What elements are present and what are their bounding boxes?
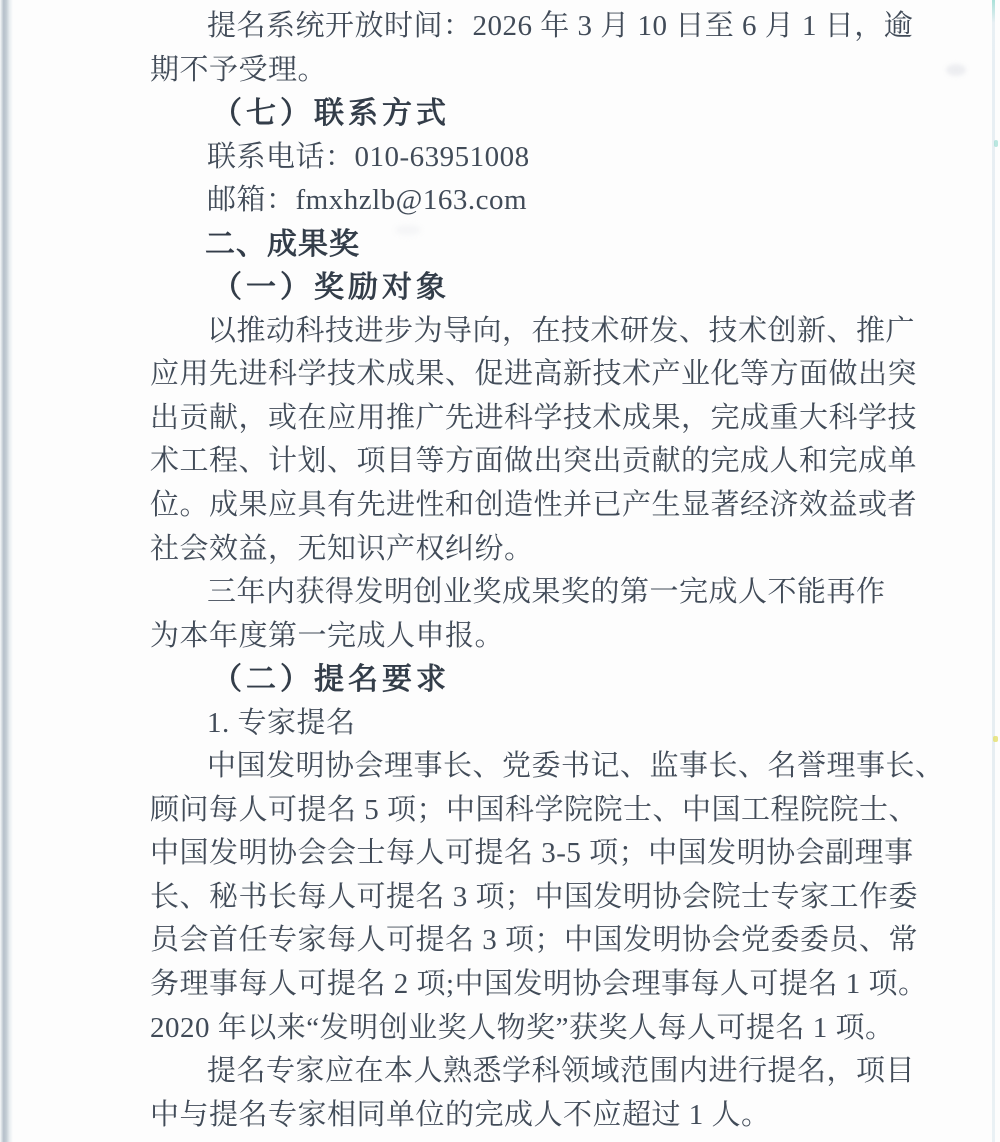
text-line: 联系电话：010-63951008 — [150, 136, 858, 180]
text-line: 中国发明协会理事长、党委书记、监事长、名誉理事长、 — [150, 745, 858, 789]
text-line: 社会效益，无知识产权纠纷。 — [150, 528, 858, 572]
section-heading: （七）联系方式 — [150, 92, 858, 136]
text-line: 以推动科技进步为导向，在技术研发、技术创新、推广 — [150, 310, 858, 354]
text-line: 务理事每人可提名 2 项;中国发明协会理事每人可提名 1 项。 — [150, 963, 858, 1007]
text-line: 中国发明协会会士每人可提名 3-5 项；中国发明协会副理事 — [150, 832, 858, 876]
text-line: 2020 年以来“发明创业奖人物奖”获奖人每人可提名 1 项。 — [150, 1007, 858, 1051]
scan-edge-left-shadow — [0, 0, 13, 1142]
scan-artifact-teal-speck — [994, 140, 998, 147]
text-line: 邮箱：fmxhzlb@163.com — [150, 179, 858, 223]
section-heading: （二）提名要求 — [150, 658, 858, 702]
section-heading: 二、成果奖 — [150, 223, 858, 267]
text-line: 顾问每人可提名 5 项；中国科学院院士、中国工程院院士、 — [150, 789, 858, 833]
text-line: 三年内获得发明创业奖成果奖的第一完成人不能再作 — [150, 571, 858, 615]
text-line: 长、秘书长每人可提名 3 项；中国发明协会院士专家工作委 — [150, 876, 858, 920]
text-line: 为本年度第一完成人申报。 — [150, 615, 858, 659]
section-heading: （一）奖励对象 — [150, 266, 858, 310]
text-line: 1. 专家提名 — [150, 702, 858, 746]
scan-artifact-yellow-speck — [993, 736, 998, 742]
document-text-block: 提名系统开放时间：2026 年 3 月 10 日至 6 月 1 日，逾期不予受理… — [150, 5, 858, 1137]
text-line: 提名专家应在本人熟悉学科领域范围内进行提名，项目 — [150, 1050, 858, 1094]
text-line: 期不予受理。 — [150, 49, 858, 93]
text-line: 员会首任专家每人可提名 3 项；中国发明协会党委委员、常 — [150, 919, 858, 963]
text-line: 提名系统开放时间：2026 年 3 月 10 日至 6 月 1 日，逾 — [150, 5, 858, 49]
scan-edge-right-line — [992, 0, 995, 1142]
text-line: 中与提名专家相同单位的完成人不应超过 1 人。 — [150, 1094, 858, 1138]
text-line: 应用先进科学技术成果、促进高新技术产业化等方面做出突 — [150, 353, 858, 397]
document-page: 提名系统开放时间：2026 年 3 月 10 日至 6 月 1 日，逾期不予受理… — [0, 0, 1000, 1142]
text-line: 位。成果应具有先进性和创造性并已产生显著经济效益或者 — [150, 484, 858, 528]
text-line: 术工程、计划、项目等方面做出突出贡献的完成人和完成单 — [150, 440, 858, 484]
scan-smudge — [946, 64, 966, 76]
text-line: 出贡献，或在应用推广先进科学技术成果，完成重大科学技 — [150, 397, 858, 441]
